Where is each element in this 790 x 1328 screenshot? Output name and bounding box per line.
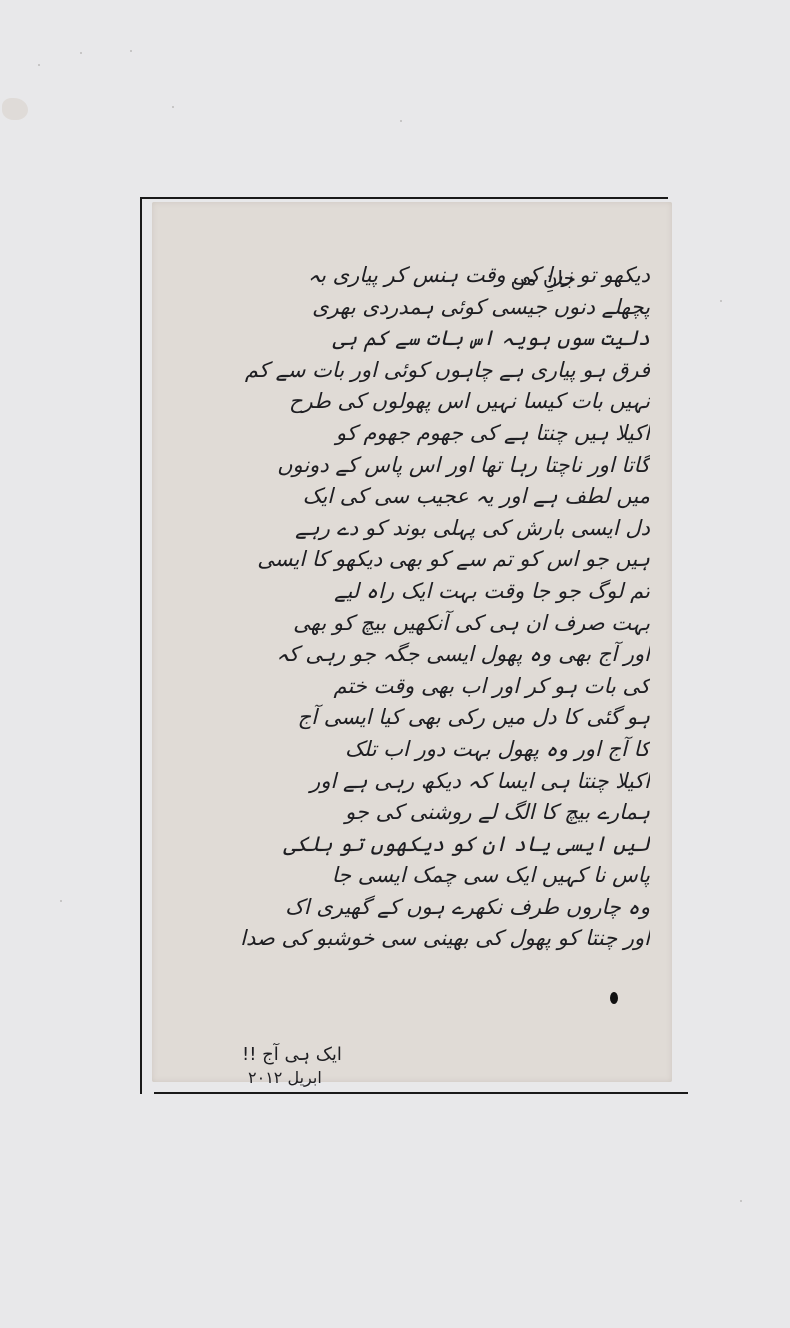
letter-line: اور چنتا کو پھول کی بھینی سی خوشبو کی صد… — [162, 923, 650, 955]
paper-stain — [2, 98, 28, 120]
paper-speck — [172, 106, 174, 108]
letter-line: لیں ایسی یاد ان کو دیکھوں تو ہلکی — [162, 829, 650, 861]
letter-sheet: جانِ من دیکھو تو زرا کی وقت ہنس کر پیاری… — [152, 202, 672, 1082]
letter-body: دیکھو تو زرا کی وقت ہنس کر پیاری بہ پچھل… — [162, 260, 650, 955]
letter-line: میں لطف ہے اور یہ عجیب سی کی ایک — [162, 481, 650, 513]
letter-line: گاتا اور ناچتا رہا تھا اور اس پاس کے دون… — [162, 450, 650, 482]
letter-line: وہ چاروں طرف نکھرے ہوں کے گھیری اک — [162, 892, 650, 924]
letter-date: ابریل ۲۰۱۲ — [248, 1068, 322, 1087]
paper-speck — [740, 1200, 742, 1202]
letter-line: ہمارے بیچ کا الگ لے روشنی کی جو — [162, 797, 650, 829]
frame-border-left — [140, 197, 142, 1094]
letter-line: دلیت سوں ہویہ اس بات سے کم ہی — [162, 323, 650, 355]
letter-line: پاس نا کہیں ایک سی چمک ایسی جا — [162, 860, 650, 892]
letter-line: کی بات ہو کر اور اب بھی وقت ختم — [162, 671, 650, 703]
letter-line: دل ایسی بارش کی پہلی بوند کو دے رہے — [162, 513, 650, 545]
paper-speck — [130, 50, 132, 52]
frame-border-top — [140, 197, 668, 199]
letter-line: فرق ہو پیاری ہے چاہوں کوئی اور بات سے کم — [162, 355, 650, 387]
letter-line: کا آج اور وہ پھول بہت دور اب تلک — [162, 734, 650, 766]
paper-speck — [80, 52, 82, 54]
letter-line: اکیلا ہیں چنتا ہے کی جھوم جھوم کو — [162, 418, 650, 450]
letter-line: پچھلے دنوں جیسی کوئی ہمدردی بھری — [162, 292, 650, 324]
paper-speck — [400, 120, 402, 122]
ink-blot — [610, 992, 618, 1004]
paper-speck — [720, 300, 722, 302]
letter-line: نہیں بات کیسا نہیں اس پھولوں کی طرح — [162, 386, 650, 418]
letter-line: دیکھو تو زرا کی وقت ہنس کر پیاری بہ — [162, 260, 650, 292]
paper-speck — [38, 64, 40, 66]
letter-line: بہت صرف ان ہی کی آنکھیں بیچ کو بھی — [162, 608, 650, 640]
letter-closing: ایک ہی آج !! — [242, 1044, 342, 1065]
frame-border-bottom — [154, 1092, 688, 1094]
letter-line: اکیلا چنتا ہی ایسا کہ دیکھ رہی ہے اور — [162, 766, 650, 798]
letter-line: ہو گئی کا دل میں رکی بھی کیا ایسی آج — [162, 702, 650, 734]
paper-speck — [60, 900, 62, 902]
letter-line: تم لوگ جو جا وقت بہت ایک راہ لیے — [162, 576, 650, 608]
letter-line: ہیں جو اس کو تم سے کو بھی دیکھو کا ایسی — [162, 544, 650, 576]
letter-line: اور آج بھی وہ پھول ایسی جگہ جو رہی کہ — [162, 639, 650, 671]
